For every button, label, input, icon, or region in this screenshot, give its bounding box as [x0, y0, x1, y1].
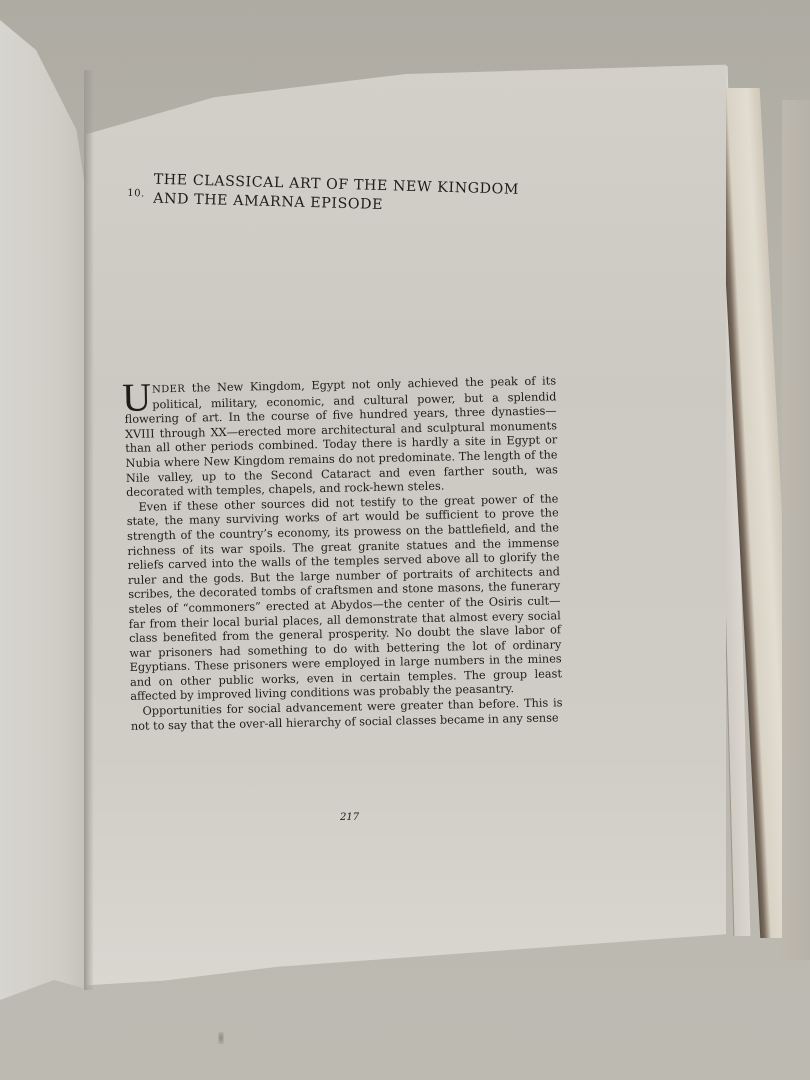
paragraph-1: UNDER the New Kingdom, Egypt not only ac… [124, 374, 558, 500]
chapter-number: 10. [127, 188, 145, 199]
body-text: UNDER the New Kingdom, Egypt not only ac… [124, 374, 563, 734]
drop-cap: U [122, 382, 151, 413]
paragraph-2: Even if these other sources did not test… [126, 492, 562, 705]
page-content: 10. THE CLASSICAL ART OF THE NEW KINGDOM… [0, 0, 810, 1080]
paragraph-1-text: the New Kingdom, Egypt not only achieved… [125, 374, 558, 499]
chapter-heading: 10. THE CLASSICAL ART OF THE NEW KINGDOM… [129, 170, 550, 220]
page-number: 217 [340, 812, 359, 823]
lead-small-caps: NDER [152, 384, 185, 396]
